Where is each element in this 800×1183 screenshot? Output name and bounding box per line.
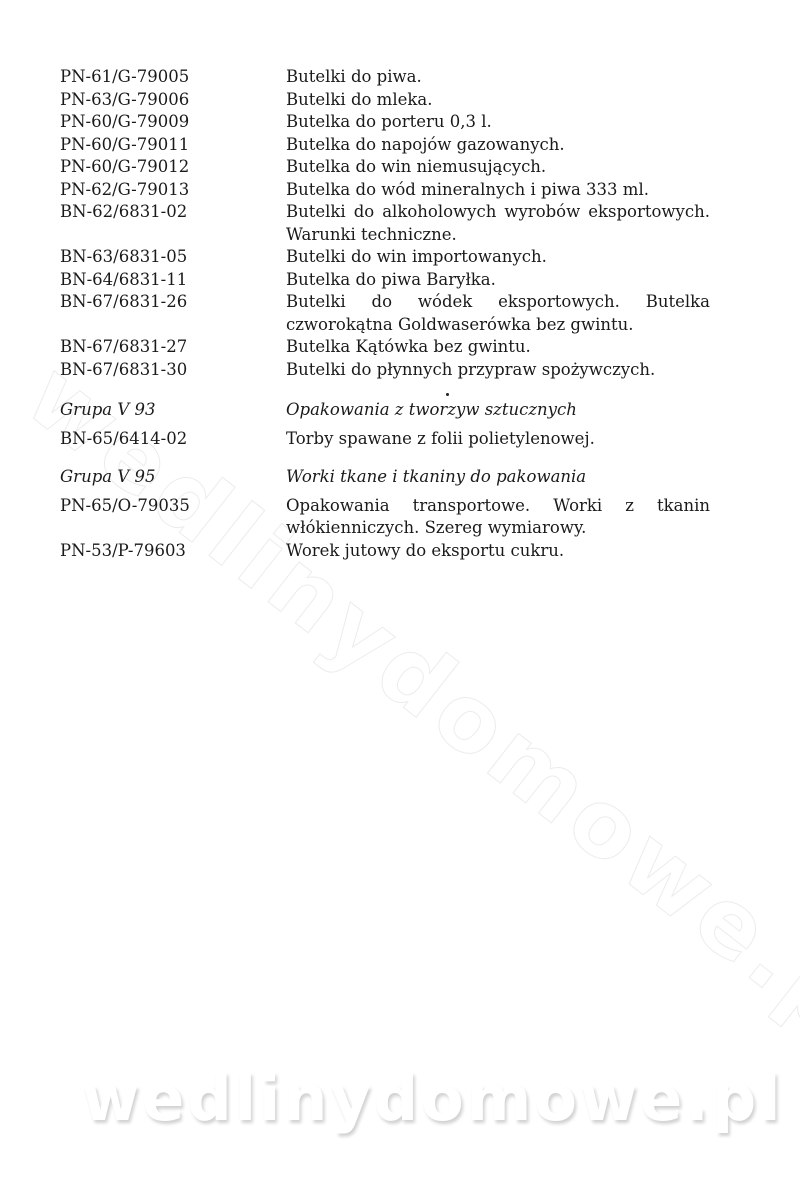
list-item: BN-64/6831-11Butelka do piwa Baryłka. [60,269,710,292]
list-item: PN-53/P-79603Worek jutowy do eksportu cu… [60,540,710,563]
list-item: PN-61/G-79005Butelki do piwa. [60,66,710,89]
list-item: BN-67/6831-30Butelki do płynnych przypra… [60,359,710,382]
footer-watermark: wedlinydomowe.pl [82,1062,783,1135]
standards-list: PN-61/G-79005Butelki do piwa. PN-63/G-79… [60,66,710,562]
list-item: BN-62/6831-02Butelki do alkoholowych wyr… [60,201,710,246]
stray-dot [446,393,449,396]
list-item: BN-63/6831-05Butelki do win importowanyc… [60,246,710,269]
list-item: PN-60/G-79011Butelka do napojów gazowany… [60,134,710,157]
list-item: BN-67/6831-27Butelka Kątówka bez gwintu. [60,336,710,359]
list-item: PN-62/G-79013Butelka do wód mineralnych … [60,179,710,202]
group-heading-v95: Grupa V 95Worki tkane i tkaniny do pakow… [60,466,710,489]
list-item: PN-60/G-79012Butelka do win niemusującyc… [60,156,710,179]
list-item: PN-65/O-79035Opakowania transportowe. Wo… [60,495,710,540]
list-item: PN-60/G-79009Butelka do porteru 0,3 l. [60,111,710,134]
group-heading-v93: Grupa V 93Opakowania z tworzyw sztucznyc… [60,399,710,422]
list-item: BN-65/6414-02Torby spawane z folii polie… [60,428,710,451]
list-item: BN-67/6831-26Butelki do wódek eksportowy… [60,291,710,336]
list-item: PN-63/G-79006Butelki do mleka. [60,89,710,112]
